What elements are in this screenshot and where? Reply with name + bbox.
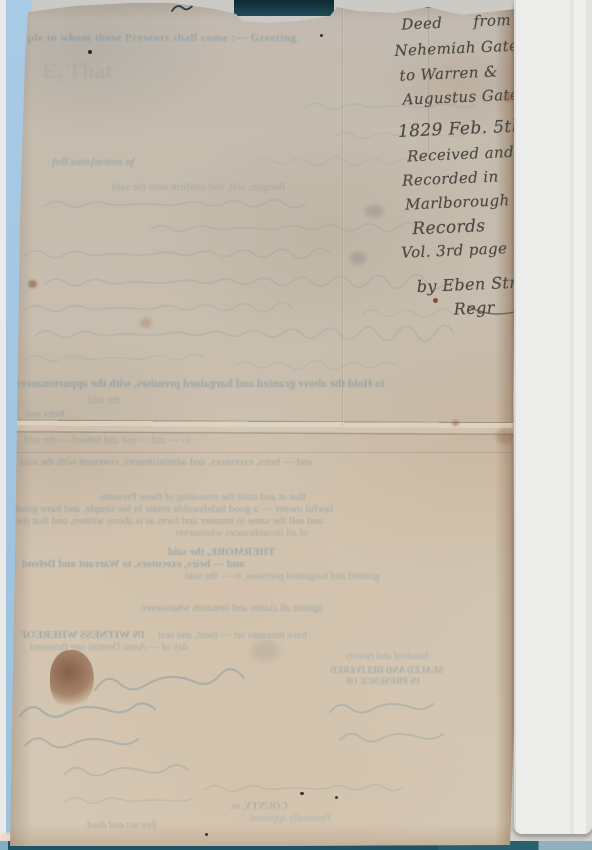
deed-paper-sheet: eople to whom these Presents shall come … (0, 0, 592, 850)
stain-rust-spot (503, 93, 513, 102)
docket-line-register-title: Regr (453, 298, 495, 319)
stain-rust-spot (140, 318, 152, 328)
docket-line: Recorded in (402, 168, 499, 190)
docket-line: Received and (407, 143, 515, 166)
document-sleeve-edge (514, 0, 592, 834)
stain-speck (88, 50, 92, 54)
docket-line-grantor: Nehemiah Gates (394, 36, 527, 60)
docket-line-date: 1829 Feb. 5th (398, 116, 524, 141)
stain-smudge (365, 205, 383, 217)
docket-line: to Warren & (399, 62, 498, 84)
stain-red-edge-mark (424, 5, 433, 8)
ink-squiggle-mark (172, 5, 193, 11)
stain-speck (205, 833, 208, 836)
docket-line: Deed from (401, 11, 511, 34)
stain-speck (320, 34, 323, 37)
stain-maroon-dot (433, 298, 438, 303)
docket-line: Records (412, 216, 486, 239)
torn-edge-gap (234, 0, 334, 16)
stain-brown-edge (496, 428, 516, 444)
stain-brown-spot (28, 280, 37, 288)
stain-speck (335, 796, 338, 799)
stain-speck (300, 792, 304, 795)
docket-line-town: Marlborough (405, 191, 510, 214)
stain-smudge (350, 252, 366, 264)
stain-rust-spot (452, 420, 459, 426)
stain-gray-patch (250, 640, 280, 662)
scanned-deed-document: eople to whom these Presents shall come … (0, 0, 592, 850)
